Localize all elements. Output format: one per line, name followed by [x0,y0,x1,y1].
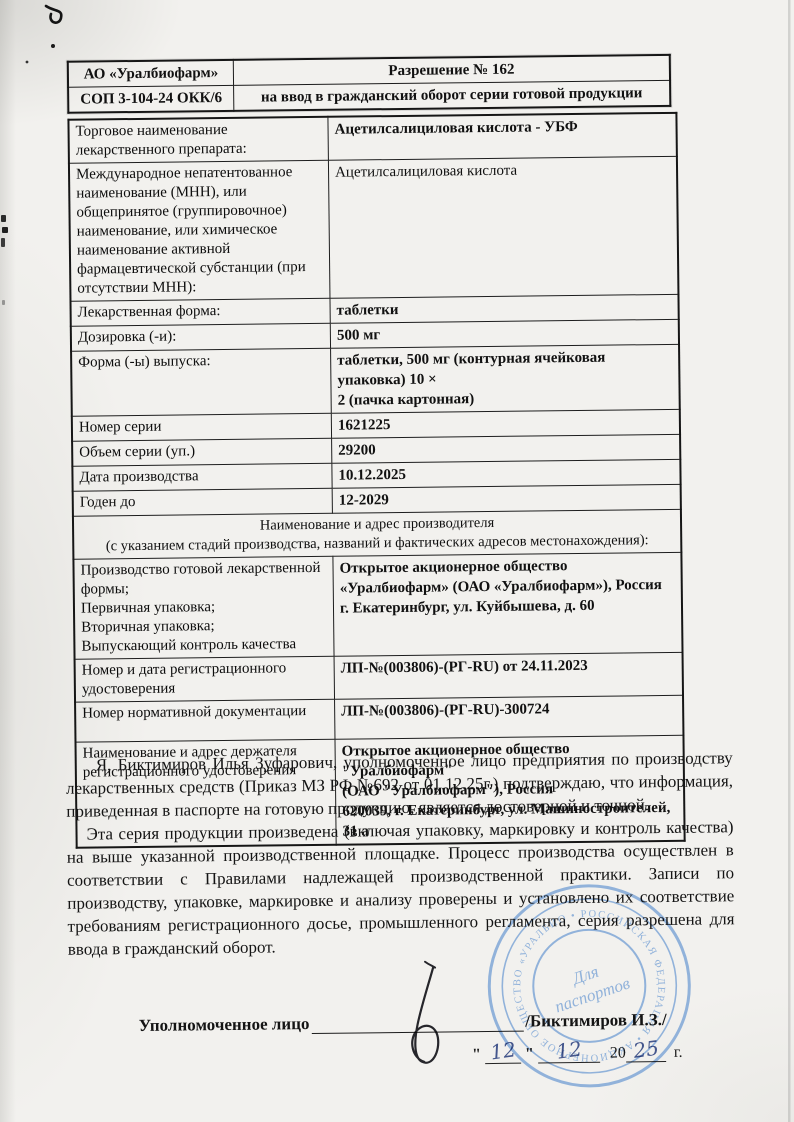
table-row: Международное непатентованное наименован… [69,156,679,301]
table-row: СОП 3-104-24 ОКК/6 на ввод в гражданский… [68,80,670,112]
row-label: Номер серии [72,413,332,441]
date-year-blank: 25 [626,1043,666,1062]
date-month-blank: 12 [538,1044,600,1064]
table-row: Торговое наименование лекарственного пре… [68,113,676,163]
row-label: Производство готовой лекарственной формы… [73,556,334,659]
sop-code-cell: СОП 3-104-24 ОКК/6 [68,85,234,112]
stamp-center-text: Для [568,962,601,989]
handwritten-month: 12 [536,1034,601,1066]
row-label: Номер нормативной документации [75,699,335,742]
date-day-blank: 12 [485,1045,521,1064]
row-value: Открытое акционерное общество «Уралбиофа… [333,552,683,656]
row-label: Торговое наименование лекарственного пре… [68,117,328,163]
row-value: Ацетилсалициловая кислота - УБФ [328,113,677,160]
declaration-paragraph-2: Эта серия продукции произведена (включая… [66,815,735,961]
scanned-document-page: АО «Уралбиофарм» Разрешение № 162 СОП 3-… [0,0,794,1122]
declaration-block: Я, Биктимиров Илья Зуфарович, уполномоче… [66,746,735,961]
row-label: Лекарственная форма: [70,298,330,326]
authorized-person-label: Уполномоченное лицо [139,1014,310,1036]
row-label: Дата производства [72,463,332,491]
quote-close: " [525,1046,534,1063]
row-label: Объем серии (уп.) [72,438,332,466]
signature-line [311,1011,523,1034]
table-row: Номер и дата регистрационного удостовере… [75,652,683,702]
table-row: Форма (-ы) выпуска: таблетки, 500 мг (ко… [71,344,680,416]
product-table: Торговое наименование лекарственного пре… [67,112,685,849]
row-value: Ацетилсалициловая кислота [328,156,678,298]
header-table: АО «Уралбиофарм» Разрешение № 162 СОП 3-… [67,54,672,114]
signature-row: Уполномоченное лицо /Биктимиров И.З./ [139,1009,667,1036]
row-value: ЛП-№(003806)-(РГ-RU)-300724 [335,695,684,739]
handwritten-year: 25 [624,1035,667,1064]
date-line: " 12 " 12 2025 г. [472,1043,683,1064]
permit-subtitle-cell: на ввод в гражданский оборот серии готов… [234,80,671,110]
producer-section-header: Наименование и адрес производителя (с ук… [73,509,681,559]
table-row: Наименование и адрес производителя (с ук… [73,509,681,559]
declaration-paragraph-1: Я, Биктимиров Илья Зуфарович, уполномоче… [66,746,734,823]
handwritten-day: 12 [483,1037,522,1066]
row-value: ЛП-№(003806)-(РГ-RU) от 24.11.2023 [334,652,683,699]
table-row: Номер нормативной документации ЛП-№(0038… [75,695,683,742]
year-prefix: 20 [610,1044,626,1061]
year-suffix: г. [674,1044,683,1061]
row-label: Номер и дата регистрационного удостовере… [75,656,335,702]
row-value: таблетки, 500 мг (контурная ячейковая уп… [331,344,680,413]
document-sheet: АО «Уралбиофарм» Разрешение № 162 СОП 3-… [0,0,794,1122]
table-row: Производство готовой лекарственной формы… [73,552,682,659]
row-label: Годен до [73,488,333,516]
quote-open: " [472,1046,481,1063]
signatory-name: /Биктимиров И.З./ [525,1010,667,1032]
org-name-cell: АО «Уралбиофарм» [68,60,234,87]
row-label: Международное непатентованное наименован… [69,160,330,301]
row-label: Форма (-ы) выпуска: [71,348,331,416]
row-label: Дозировка (-и): [71,323,331,351]
